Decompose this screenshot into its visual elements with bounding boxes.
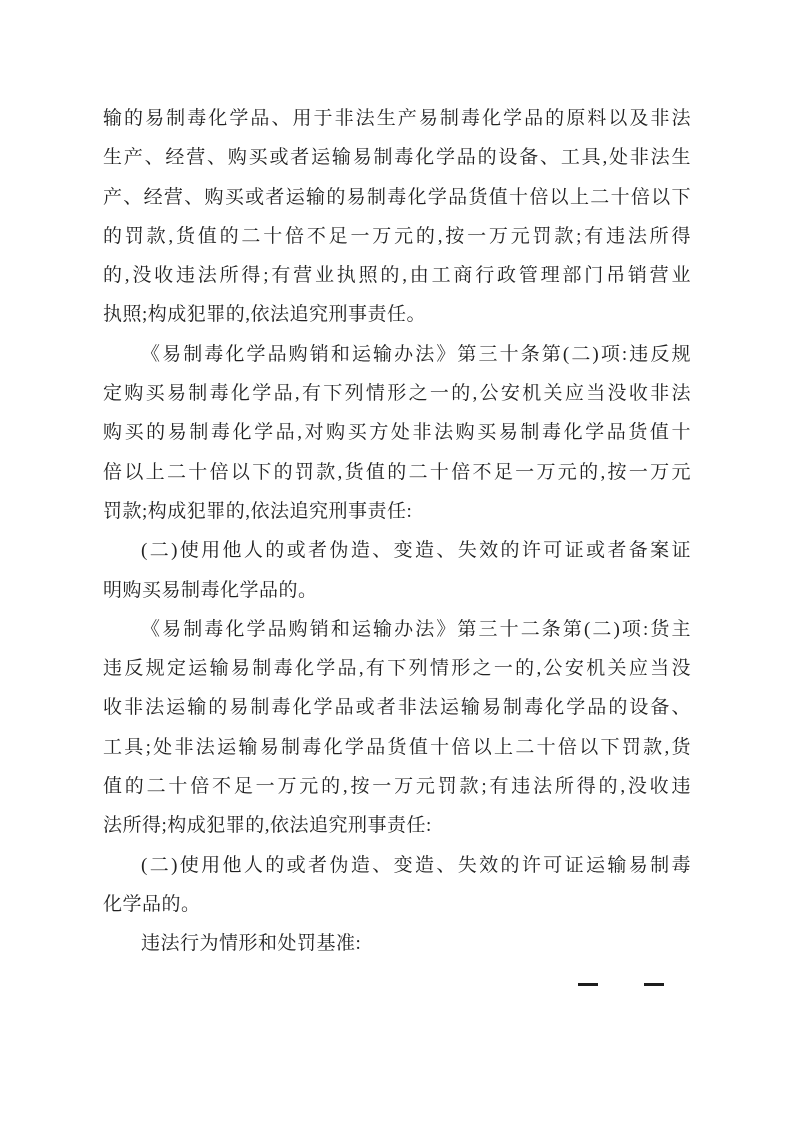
text-line: 购买的易制毒化学品,对购买方处非法购买易制毒化学品货值十: [103, 413, 691, 452]
text-line: 输的易制毒化学品、用于非法生产易制毒化学品的原料以及非法: [103, 99, 691, 138]
text-line: (二)使用他人的或者伪造、变造、失效的许可证运输易制毒: [103, 846, 691, 885]
text-line: 法所得;构成犯罪的,依法追究刑事责任:: [103, 806, 691, 845]
text-line: 罚款;构成犯罪的,依法追究刑事责任:: [103, 492, 691, 531]
document-page: 输的易制毒化学品、用于非法生产易制毒化学品的原料以及非法生产、经营、购买或者运输…: [0, 0, 793, 1122]
text-line: 生产、经营、购买或者运输易制毒化学品的设备、工具,处非法生: [103, 138, 691, 177]
page-footer: [578, 983, 664, 986]
footer-dash-right: [644, 983, 664, 986]
text-line: 《易制毒化学品购销和运输办法》第三十条第(二)项:违反规: [103, 335, 691, 374]
text-line: 化学品的。: [103, 885, 691, 924]
text-line: 违反规定运输易制毒化学品,有下列情形之一的,公安机关应当没: [103, 649, 691, 688]
text-line: 明购买易制毒化学品的。: [103, 571, 691, 610]
text-line: 值的二十倍不足一万元的,按一万元罚款;有违法所得的,没收违: [103, 767, 691, 806]
text-line: 收非法运输的易制毒化学品或者非法运输易制毒化学品的设备、: [103, 688, 691, 727]
text-line: 定购买易制毒化学品,有下列情形之一的,公安机关应当没收非法: [103, 374, 691, 413]
footer-dash-left: [578, 983, 598, 986]
text-line: 执照;构成犯罪的,依法追究刑事责任。: [103, 295, 691, 334]
text-line: 违法行为情形和处罚基准:: [103, 924, 691, 963]
text-line: 的,没收违法所得;有营业执照的,由工商行政管理部门吊销营业: [103, 256, 691, 295]
text-line: (二)使用他人的或者伪造、变造、失效的许可证或者备案证: [103, 531, 691, 570]
body-text: 输的易制毒化学品、用于非法生产易制毒化学品的原料以及非法生产、经营、购买或者运输…: [103, 99, 691, 964]
text-line: 《易制毒化学品购销和运输办法》第三十二条第(二)项:货主: [103, 610, 691, 649]
text-line: 的罚款,货值的二十倍不足一万元的,按一万元罚款;有违法所得: [103, 217, 691, 256]
text-line: 倍以上二十倍以下的罚款,货值的二十倍不足一万元的,按一万元: [103, 453, 691, 492]
text-line: 工具;处非法运输易制毒化学品货值十倍以上二十倍以下罚款,货: [103, 728, 691, 767]
text-line: 产、经营、购买或者运输的易制毒化学品货值十倍以上二十倍以下: [103, 178, 691, 217]
